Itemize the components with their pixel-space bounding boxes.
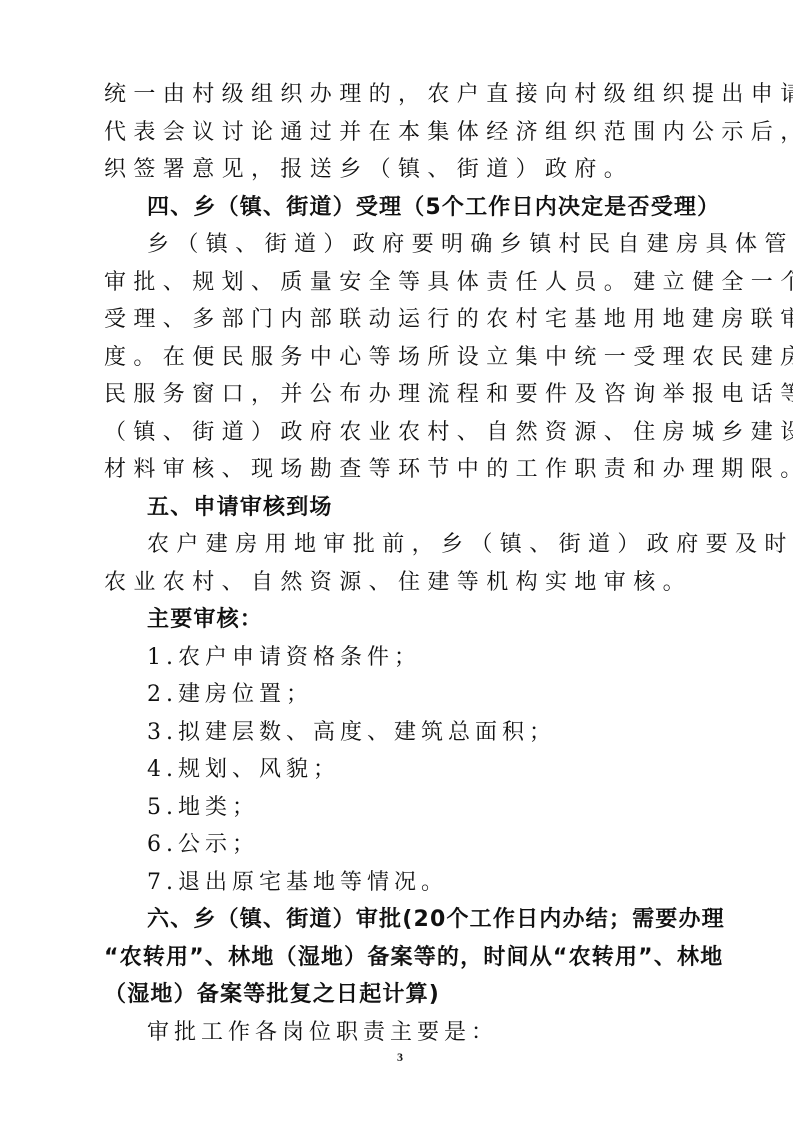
- body-text-line: 材料审核、现场勘查等环节中的工作职责和办理期限。: [104, 455, 700, 485]
- body-text-line: 统一由村级组织办理的，农户直接向村级组织提出申请，经村民: [104, 80, 700, 110]
- body-text-line: 农业农村、自然资源、住建等机构实地审核。: [104, 568, 700, 598]
- body-text-line: 受理、多部门内部联动运行的农村宅基地用地建房联审联办制: [104, 305, 700, 335]
- body-text-line: 审批工作各岗位职责主要是：: [147, 1018, 700, 1048]
- body-text-line: 织签署意见，报送乡（镇、街道）政府。: [104, 155, 700, 185]
- body-text-line: 代表会议讨论通过并在本集体经济组织范围内公示后，由村级组: [104, 118, 700, 148]
- section-heading-4: 四、乡（镇、街道）受理（5个工作日内决定是否受理）: [147, 193, 700, 223]
- section-heading-6-cont: （湿地）备案等批复之日起计算): [104, 980, 700, 1010]
- body-text-line: （镇、街道）政府农业农村、自然资源、住房城乡建设等机构在: [104, 418, 700, 448]
- list-item: 2.建房位置；: [147, 680, 313, 710]
- list-item: 6.公示；: [147, 830, 259, 860]
- section-heading-6: 六、乡（镇、街道）审批(20个工作日内办结；需要办理: [147, 905, 700, 935]
- section-heading-6-cont: “农转用”、林地（湿地）备案等的，时间从“农转用”、林地: [104, 943, 700, 973]
- body-text-line: 农户建房用地审批前，乡（镇、街道）政府要及时组织本级: [147, 530, 700, 560]
- list-item: 4.规划、风貌；: [147, 755, 340, 785]
- body-text-line: 审批、规划、质量安全等具体责任人员。建立健全一个窗口对外: [104, 268, 700, 298]
- body-text-line: 民服务窗口，并公布办理流程和要件及咨询举报电话等，明确乡: [104, 380, 700, 410]
- document-page: 统一由村级组织办理的，农户直接向村级组织提出申请，经村民 代表会议讨论通过并在本…: [0, 0, 793, 1121]
- list-item: 1.农户申请资格条件；: [147, 643, 421, 673]
- page-number: 3: [390, 1050, 410, 1065]
- body-text-line: 度。在便民服务中心等场所设立集中统一受理农民建房申请的便: [104, 343, 700, 373]
- subheading-main-review: 主要审核：: [147, 605, 700, 635]
- list-item: 7.退出原宅基地等情况。: [147, 868, 448, 898]
- section-heading-5: 五、申请审核到场: [147, 493, 700, 523]
- list-item: 5.地类；: [147, 793, 259, 823]
- body-text-line: 乡（镇、街道）政府要明确乡镇村民自建房具体管理机构和: [147, 230, 700, 260]
- list-item: 3.拟建层数、高度、建筑总面积；: [147, 718, 556, 748]
